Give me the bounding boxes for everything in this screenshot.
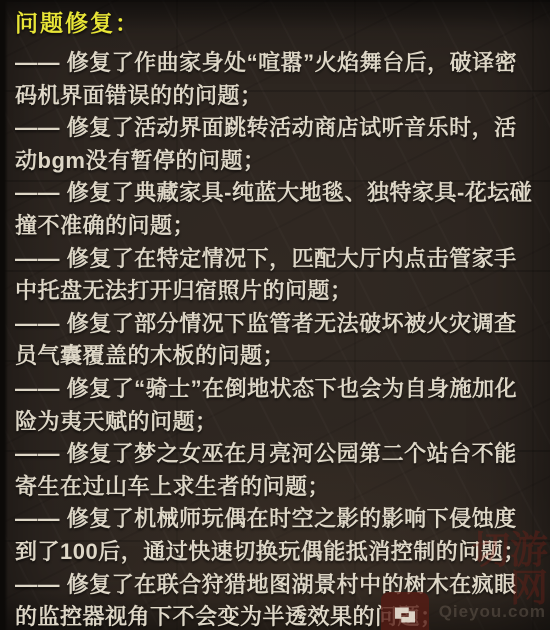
patch-notes-screen: { "page": { "title": "问题修复：", "items": [… xyxy=(0,0,550,630)
left-border-shadow xyxy=(0,0,8,630)
fix-item: —— 修复了在特定情况下，匹配大厅内点击管家手中托盘无法打开归宿照片的问题； xyxy=(15,243,539,308)
fix-list: —— 修复了作曲家身处“喧嚣”火焰舞台后，破译密码机界面错误的的问题； —— 修… xyxy=(15,47,539,630)
fix-item: —— 修复了活动界面跳转活动商店试听音乐时，活动bgm没有暂停的问题； xyxy=(15,112,539,177)
fix-notes-panel: 问题修复： —— 修复了作曲家身处“喧嚣”火焰舞台后，破译密码机界面错误的的问题… xyxy=(15,8,539,630)
fix-item: —— 修复了梦之女巫在月亮河公园第二个站台不能寄生在过山车上求生者的问题； xyxy=(15,438,539,503)
fix-item: —— 修复了在联合狩猎地图湖景村中的树木在疯眼的监控器视角下不会变为半透效果的问… xyxy=(15,569,539,630)
fix-item: —— 修复了部分情况下监管者无法破坏被火灾调查员气囊覆盖的木板的问题； xyxy=(15,308,539,373)
fix-item: —— 修复了“骑士”在倒地状态下也会为自身施加化险为夷天赋的问题； xyxy=(15,373,539,438)
fix-item: —— 修复了作曲家身处“喧嚣”火焰舞台后，破译密码机界面错误的的问题； xyxy=(15,47,539,112)
fix-item: —— 修复了机械师玩偶在时空之影的影响下侵蚀度到了100后，通过快速切换玩偶能抵… xyxy=(15,503,539,568)
section-title: 问题修复： xyxy=(15,8,539,38)
fix-item: —— 修复了典藏家具-纯蓝大地毯、独特家具-花坛碰撞不准确的问题； xyxy=(15,177,539,242)
